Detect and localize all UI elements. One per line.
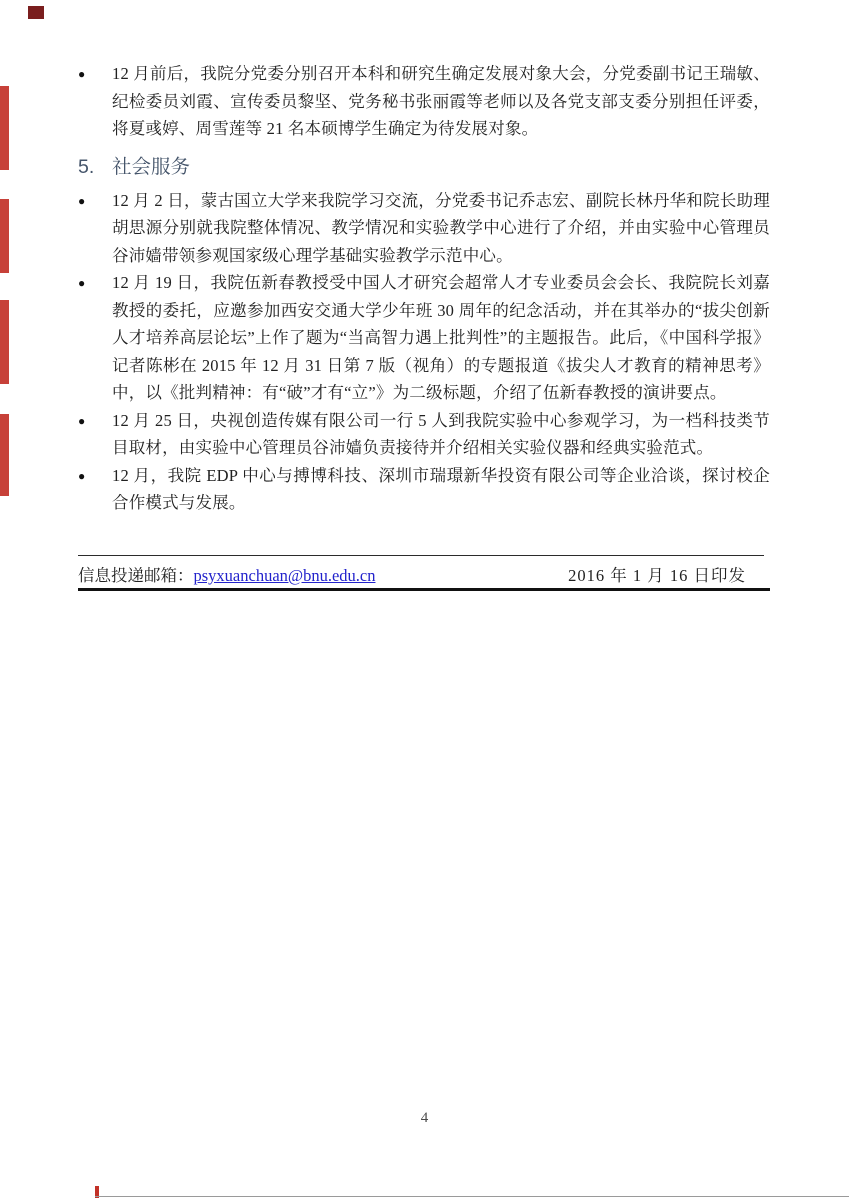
- footer: 信息投递邮箱：psyxuanchuan@bnu.edu.cn 2016 年 1 …: [78, 564, 770, 588]
- intro-bullet-list: ● 12 月前后，我院分党委分别召开本科和研究生确定发展对象大会，分党委副书记王…: [78, 60, 770, 143]
- scan-mark-strip-3: [0, 300, 9, 384]
- bullet-icon: ●: [78, 462, 112, 517]
- scan-mark-square: [28, 6, 44, 19]
- bullet-icon: ●: [78, 60, 112, 143]
- section-title: 社会服务: [112, 156, 190, 178]
- footer-print-date: 2016 年 1 月 16 日印发: [568, 564, 770, 588]
- page-content: ● 12 月前后，我院分党委分别召开本科和研究生确定发展对象大会，分党委副书记王…: [78, 60, 770, 517]
- bullet-icon: ●: [78, 187, 112, 270]
- footer-mailbox-label: 信息投递邮箱：: [78, 566, 194, 585]
- bullet-text: 12 月 2 日，蒙古国立大学来我院学习交流，分党委书记乔志宏、副院长林丹华和院…: [112, 187, 770, 270]
- bullet-icon: ●: [78, 407, 112, 462]
- document-page: ● 12 月前后，我院分党委分别召开本科和研究生确定发展对象大会，分党委副书记王…: [0, 0, 849, 1200]
- scan-mark-bottom-line: [95, 1196, 849, 1197]
- scan-mark-strip-4: [0, 414, 9, 496]
- bullet-item: ● 12 月 19 日，我院伍新春教授受中国人才研究会超常人才专业委员会会长、我…: [78, 269, 770, 407]
- page-number: 4: [0, 1110, 849, 1127]
- footer-divider-thin: [78, 555, 764, 556]
- bullet-item: ● 12 月前后，我院分党委分别召开本科和研究生确定发展对象大会，分党委副书记王…: [78, 60, 770, 143]
- scan-mark-strip-1: [0, 86, 9, 170]
- bullet-icon: ●: [78, 269, 112, 407]
- bullet-text: 12 月 19 日，我院伍新春教授受中国人才研究会超常人才专业委员会会长、我院院…: [112, 269, 770, 407]
- bullet-item: ● 12 月 2 日，蒙古国立大学来我院学习交流，分党委书记乔志宏、副院长林丹华…: [78, 187, 770, 270]
- scan-mark-strip-2: [0, 199, 9, 273]
- bullet-item: ● 12 月，我院 EDP 中心与搏博科技、深圳市瑞璟新华投资有限公司等企业洽谈…: [78, 462, 770, 517]
- bullet-text: 12 月，我院 EDP 中心与搏博科技、深圳市瑞璟新华投资有限公司等企业洽谈，探…: [112, 462, 770, 517]
- section-bullet-list: ● 12 月 2 日，蒙古国立大学来我院学习交流，分党委书记乔志宏、副院长林丹华…: [78, 187, 770, 517]
- bullet-text: 12 月 25 日，央视创造传媒有限公司一行 5 人到我院实验中心参观学习，为一…: [112, 407, 770, 462]
- section-number: 5.: [78, 154, 112, 180]
- bullet-item: ● 12 月 25 日，央视创造传媒有限公司一行 5 人到我院实验中心参观学习，…: [78, 407, 770, 462]
- section-heading: 5.社会服务: [78, 154, 770, 180]
- email-link[interactable]: psyxuanchuan@bnu.edu.cn: [194, 566, 376, 585]
- bullet-text: 12 月前后，我院分党委分别召开本科和研究生确定发展对象大会，分党委副书记王瑞敏…: [112, 60, 770, 143]
- footer-divider-thick: [78, 588, 770, 591]
- footer-mailbox: 信息投递邮箱：psyxuanchuan@bnu.edu.cn: [78, 564, 375, 588]
